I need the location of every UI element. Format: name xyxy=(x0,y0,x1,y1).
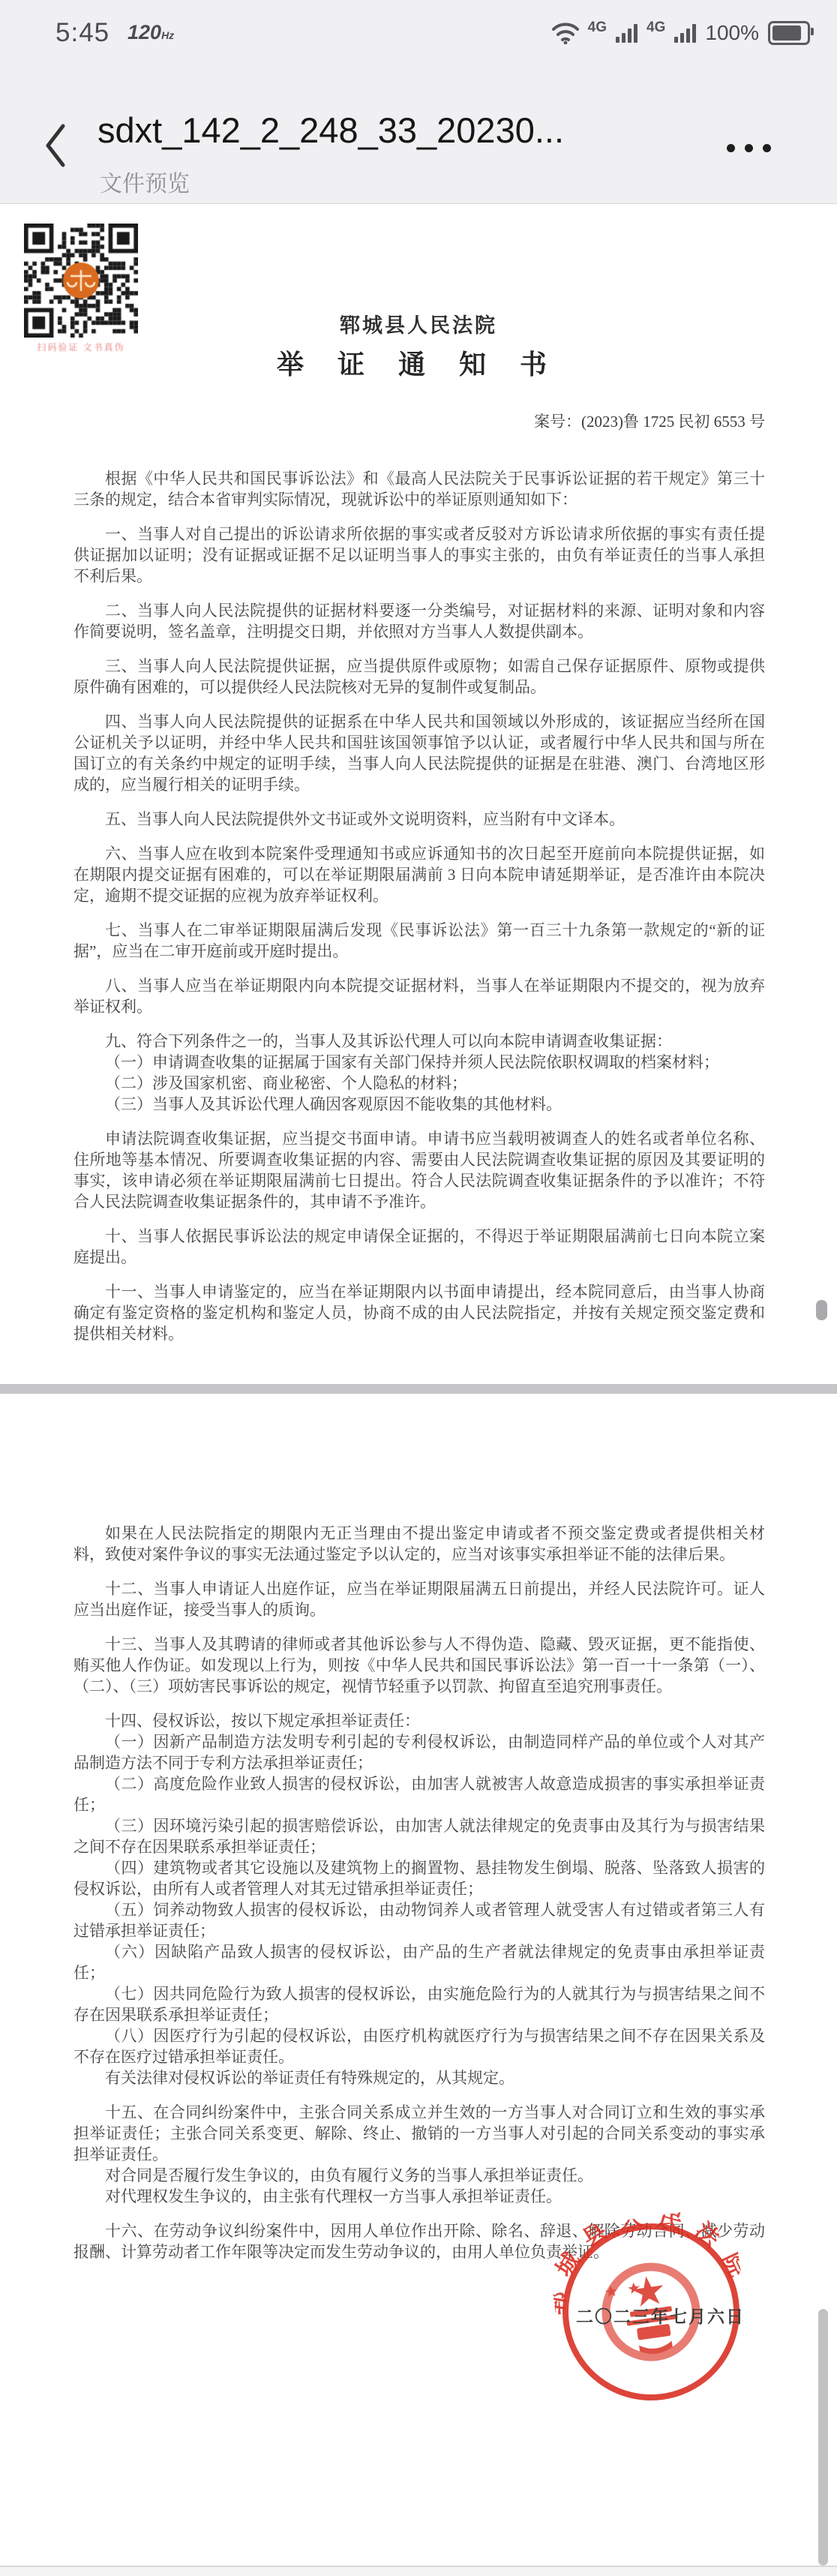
document-page-1[interactable]: 扫码验证 文书真伪 郓城县人民法院 举 证 通 知 书 案号：(2023)鲁 1… xyxy=(0,204,837,1384)
network-type-2: 4G xyxy=(646,20,665,36)
document-paragraph: （三）因环境污染引起的损害赔偿诉讼，由加害人就法律规定的免责事由及其行为与损害结… xyxy=(73,1815,765,1857)
back-button[interactable] xyxy=(42,122,69,173)
document-paragraph: 五、当事人向人民法院提供外文书证或外文说明资料，应当附有中文译本。 xyxy=(73,809,765,830)
document-paragraph: （二）涉及国家机密、商业秘密、个人隐私的材料； xyxy=(73,1073,765,1094)
document-paragraph: 十五、在合同纠纷案件中，主张合同关系成立并生效的一方当事人对合同订立和生效的事实… xyxy=(73,2102,765,2165)
document-paragraph: （三）当事人及其诉讼代理人确因客观原因不能收集的其他材料。 xyxy=(73,1094,765,1115)
court-name: 郓城县人民法院 xyxy=(0,309,837,338)
document-paragraph: 对合同是否履行发生争议的，由负有履行义务的当事人承担举证责任。 xyxy=(73,2165,765,2186)
document-paragraph: 一、当事人对自己提出的诉讼请求所依据的事实或者反驳对方诉讼请求所依据的事实有责任… xyxy=(73,524,765,587)
network-type-1: 4G xyxy=(588,20,607,36)
document-paragraph: 二、当事人向人民法院提供的证据材料要逐一分类编号，对证据材料的来源、证明对象和内… xyxy=(73,600,765,642)
document-paragraph: （二）高度危险作业致人损害的侵权诉讼，由加害人就被害人故意造成损害的事实承担举证… xyxy=(73,1773,765,1815)
status-refresh-rate: 120Hz xyxy=(127,21,174,44)
status-icons: 4G 4G 100% xyxy=(552,17,810,50)
document-paragraph: 十三、当事人及其聘请的律师或者其他诉讼参与人不得伪造、隐藏、毁灭证据，更不能指使… xyxy=(73,1634,765,1697)
more-menu-button[interactable] xyxy=(727,144,771,152)
document-paragraph: 三、当事人向人民法院提供证据，应当提供原件或原物；如需自己保存证据原件、原物或提… xyxy=(73,656,765,698)
document-paragraph: （八）因医疗行为引起的侵权诉讼，由医疗机构就医疗行为与损害结果之间不存在因果关系… xyxy=(73,2025,765,2067)
bottom-strip xyxy=(0,2567,837,2576)
document-paragraph: （四）建筑物或者其它设施以及建筑物上的搁置物、悬挂物发生倒塌、脱落、坠落致人损害… xyxy=(73,1857,765,1899)
signal-bars-2-icon xyxy=(674,23,696,43)
phone-screen: 5:45 120Hz 4G 4G 100% xyxy=(0,0,837,2576)
document-page-2[interactable]: 如果在人民法院指定的期限内无正当理由不提出鉴定申请或者不预交鉴定费或者提供相关材… xyxy=(0,1394,837,2568)
page-subtitle: 文件预览 xyxy=(100,165,190,198)
signal-bars-1-icon xyxy=(616,23,637,43)
battery-icon xyxy=(768,21,810,45)
document-paragraph: 根据《中华人民共和国民事诉讼法》和《最高人民法院关于民事诉讼证据的若干规定》第三… xyxy=(73,468,765,510)
page-separator xyxy=(0,1384,837,1394)
document-body-page-2: 如果在人民法院指定的期限内无正当理由不提出鉴定申请或者不预交鉴定费或者提供相关材… xyxy=(73,1523,765,2262)
document-paragraph: （七）因共同危险行为致人损害的侵权诉讼，由实施危险行为的人就其行为与损害结果之间… xyxy=(73,1983,765,2025)
document-paragraph: 十四、侵权诉讼，按以下规定承担举证责任： xyxy=(73,1710,765,1731)
document-paragraph: 如果在人民法院指定的期限内无正当理由不提出鉴定申请或者不预交鉴定费或者提供相关材… xyxy=(73,1523,765,1565)
document-paragraph: 申请法院调查收集证据，应当提交书面申请。申请书应当载明被调查人的姓名或者单位名称… xyxy=(73,1128,765,1212)
document-paragraph: 四、当事人向人民法院提供的证据系在中华人民共和国领域以外形成的，该证据应当经所在… xyxy=(73,711,765,795)
document-paragraph: 对代理权发生争议的，由主张有代理权一方当事人承担举证责任。 xyxy=(73,2186,765,2207)
file-title: sdxt_142_2_248_33_20230... xyxy=(97,110,564,151)
battery-percent: 100% xyxy=(705,21,759,45)
document-paragraph: 十、当事人依据民事诉讼法的规定申请保全证据的，不得迟于举证期限届满前七日向本院立… xyxy=(73,1226,765,1268)
document-paragraph: 七、当事人在二审举证期限届满后发现《民事诉讼法》第一百三十九条第一款规定的“新的… xyxy=(73,920,765,962)
document-body-page-1: 根据《中华人民共和国民事诉讼法》和《最高人民法院关于民事诉讼证据的若干规定》第三… xyxy=(73,468,765,1344)
scrollbar-thumb-small[interactable] xyxy=(816,1300,827,1320)
document-paragraph: （六）因缺陷产品致人损害的侵权诉讼，由产品的生产者就法律规定的免责事由承担举证责… xyxy=(73,1941,765,1983)
document-paragraph: 九、符合下列条件之一的，当事人及其诉讼代理人可以向本院申请调查收集证据： xyxy=(73,1031,765,1052)
document-paragraph: （一）因新产品制造方法发明专利引起的专利侵权诉讼，由制造同样产品的单位或个人对其… xyxy=(73,1731,765,1773)
document-paragraph: （五）饲养动物致人损害的侵权诉讼，由动物饲养人或者管理人就受害人有过错或者第三人… xyxy=(73,1899,765,1941)
document-paragraph: 十一、当事人申请鉴定的，应当在举证期限内以书面申请提出，经本院同意后，由当事人协… xyxy=(73,1281,765,1344)
scrollbar-thumb[interactable] xyxy=(818,2309,828,2565)
document-paragraph: 八、当事人应当在举证期限内向本院提交证据材料，当事人在举证期限内不提交的，视为放… xyxy=(73,975,765,1017)
document-paragraph: 有关法律对侵权诉讼的举证责任有特殊规定的，从其规定。 xyxy=(73,2067,765,2088)
top-chrome: 5:45 120Hz 4G 4G 100% xyxy=(0,0,837,204)
refresh-rate-value: 120 xyxy=(127,21,161,44)
document-paragraph: （一）申请调查收集的证据属于国家有关部门保持并须人民法院依职权调取的档案材料； xyxy=(73,1052,765,1073)
document-date: 二〇二三年七月六日 xyxy=(576,2303,745,2328)
case-number: 案号：(2023)鲁 1725 民初 6553 号 xyxy=(534,410,765,432)
document-paragraph: 六、当事人应在收到本院案件受理通知书或应诉通知书的次日起至开庭前向本院提供证据，… xyxy=(73,843,765,906)
document-title: 举 证 通 知 书 xyxy=(0,344,837,382)
document-paragraph: 十二、当事人申请证人出庭作证，应当在举证期限届满五日前提出，并经人民法院许可。证… xyxy=(73,1578,765,1620)
status-time: 5:45 xyxy=(55,18,109,48)
wifi-icon xyxy=(552,22,579,44)
refresh-rate-unit: Hz xyxy=(161,29,174,41)
